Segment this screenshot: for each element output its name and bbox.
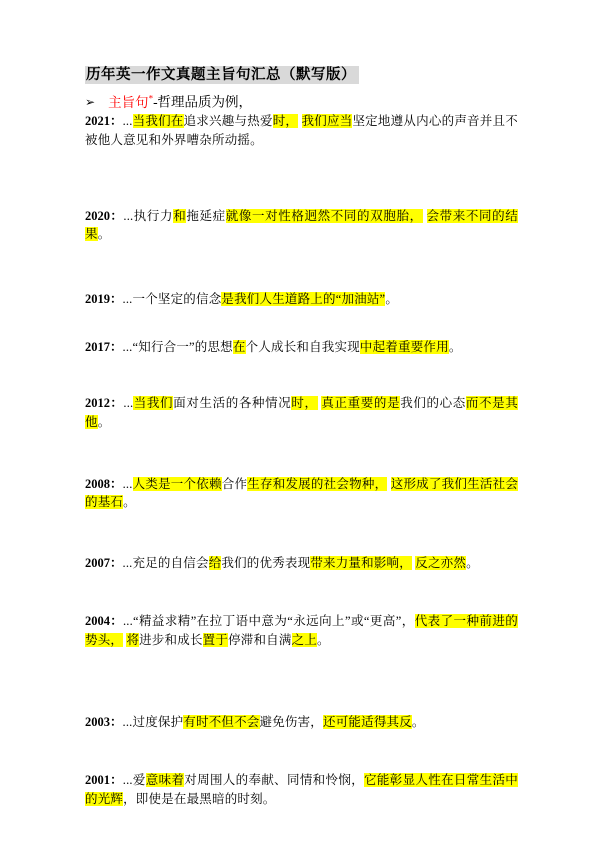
plain-text <box>298 114 301 128</box>
highlighted-text: 和 <box>173 209 186 223</box>
entry-row-2017: 2017：...“知行合一”的思想在个人成长和自我实现中起着重要作用。 <box>85 338 518 357</box>
highlighted-text: 在 <box>233 340 246 354</box>
plain-text: ... <box>123 477 133 491</box>
entry-year: 2020： <box>85 209 123 223</box>
entries: 2021：...当我们在追求兴趣与热爱时， 我们应当坚定地遵从内心的声音并且不被… <box>85 112 518 808</box>
entry-year: 2007： <box>85 556 123 570</box>
plain-text: 。 <box>385 292 398 306</box>
highlighted-text: 反之亦然 <box>415 556 466 570</box>
highlighted-text: 时， <box>291 396 317 410</box>
plain-text: 对周围人的奉献、同情和怜悯， <box>184 773 364 787</box>
highlighted-text: 中起着重要作用 <box>360 340 449 354</box>
highlighted-text: 意味着 <box>146 773 185 787</box>
highlighted-text: 真正重要的是 <box>321 396 400 410</box>
entry-row-2019: 2019：...一个坚定的信念是我们人生道路上的“加油站”。 <box>85 290 518 309</box>
highlighted-text: 人类是一个依赖 <box>133 477 222 491</box>
plain-text: ...“知行合一”的思想 <box>123 340 233 354</box>
highlighted-text: 我们应当 <box>302 114 353 128</box>
plain-text: ，即使是在最黑暗的时刻。 <box>123 792 275 806</box>
bullet-suffix: -哲理品质为例， <box>153 95 252 110</box>
entry-row-2004: 2004：...“精益求精”在拉丁语中意为“永远向上”或“更高”，代表了一种前进… <box>85 612 518 649</box>
plain-text: ... <box>123 114 133 128</box>
plain-text <box>423 209 427 223</box>
topic-sentence-term-text: 主旨句 <box>108 95 149 110</box>
entry-row-2007: 2007：...充足的自信会给我们的优秀表现带来力量和影响， 反之亦然。 <box>85 554 518 573</box>
plain-text: 合作 <box>222 477 247 491</box>
plain-text: 。 <box>98 227 111 241</box>
plain-text: 我们的心态 <box>400 396 466 410</box>
plain-text: 停滞和自满 <box>228 633 292 647</box>
entry-year: 2019： <box>85 292 123 306</box>
highlighted-text: 置于 <box>203 633 228 647</box>
plain-text: ...爱 <box>123 773 146 787</box>
entry-row-2003: 2003：...过度保护有时不但不会避免伤害，还可能适得其反。 <box>85 713 518 732</box>
plain-text: ...“精益求精”在拉丁语中意为“永远向上”或“更高”， <box>123 614 415 628</box>
arrow-bullet-icon: ➢ <box>85 93 95 112</box>
document-page: 历年英一作文真题主旨句汇总（默写版） ➢主旨句*-哲理品质为例， 2021：..… <box>0 0 596 842</box>
plain-text: 。 <box>412 715 425 729</box>
plain-text: 进步和成长 <box>139 633 203 647</box>
plain-text: 拖延症 <box>186 209 225 223</box>
highlighted-text: 之上 <box>292 633 317 647</box>
plain-text: 。 <box>317 633 330 647</box>
entry-row-2021: 2021：...当我们在追求兴趣与热爱时， 我们应当坚定地遵从内心的声音并且不被… <box>85 112 518 149</box>
plain-text: 个人成长和自我实现 <box>246 340 360 354</box>
highlighted-text: 当我们在 <box>133 114 184 128</box>
bullet-line: ➢主旨句*-哲理品质为例， <box>85 89 518 112</box>
entry-year: 2001： <box>85 773 123 787</box>
plain-text: 面对生活的各种情况 <box>173 396 291 410</box>
plain-text: 。 <box>98 415 111 429</box>
highlighted-text: 带来力量和影响， <box>310 556 412 570</box>
plain-text: ...充足的自信会 <box>123 556 209 570</box>
plain-text: ... <box>123 396 133 410</box>
highlighted-text: 给 <box>209 556 222 570</box>
plain-text: 我们的优秀表现 <box>221 556 310 570</box>
highlighted-text: 是我们人生道路上的“加油站” <box>221 292 385 306</box>
highlighted-text: 还可能适得其反 <box>323 715 412 729</box>
highlighted-text: 生存和发展的社会物种， <box>247 477 387 491</box>
plain-text: ...一个坚定的信念 <box>123 292 222 306</box>
highlighted-text: 当我们 <box>133 396 173 410</box>
page-title: 历年英一作文真题主旨句汇总（默写版） <box>85 66 518 85</box>
entry-year: 2021： <box>85 114 123 128</box>
entry-row-2020: 2020：...执行力和拖延症就像一对性格迥然不同的双胞胎， 会带来不同的结果。 <box>85 207 518 244</box>
highlighted-text: 就像一对性格迥然不同的双胞胎， <box>226 209 423 223</box>
entry-year: 2003： <box>85 715 123 729</box>
plain-text: 。 <box>466 556 479 570</box>
entry-year: 2008： <box>85 477 123 491</box>
highlighted-text: 有时不但不会 <box>183 715 259 729</box>
plain-text: 避免伤害， <box>260 715 324 729</box>
plain-text: 。 <box>449 340 462 354</box>
entry-row-2001: 2001：...爱意味着对周围人的奉献、同情和怜悯，它能彰显人性在日常生活中的光… <box>85 771 518 808</box>
entry-year: 2017： <box>85 340 123 354</box>
plain-text: ...过度保护 <box>123 715 184 729</box>
topic-sentence-term: 主旨句* <box>108 95 153 110</box>
highlighted-text: 时， <box>273 114 298 128</box>
entry-year: 2004： <box>85 614 123 628</box>
entry-year: 2012： <box>85 396 123 410</box>
plain-text: 追求兴趣与热爱 <box>184 114 273 128</box>
entry-row-2008: 2008：...人类是一个依赖合作生存和发展的社会物种， 这形成了我们生活社会的… <box>85 475 518 512</box>
page-title-text: 历年英一作文真题主旨句汇总（默写版） <box>85 66 359 84</box>
plain-text: ...执行力 <box>123 209 173 223</box>
plain-text: 。 <box>123 495 136 509</box>
entry-row-2012: 2012：...当我们面对生活的各种情况时， 真正重要的是我们的心态而不是其他。 <box>85 394 518 431</box>
highlighted-text: 将 <box>126 633 139 647</box>
